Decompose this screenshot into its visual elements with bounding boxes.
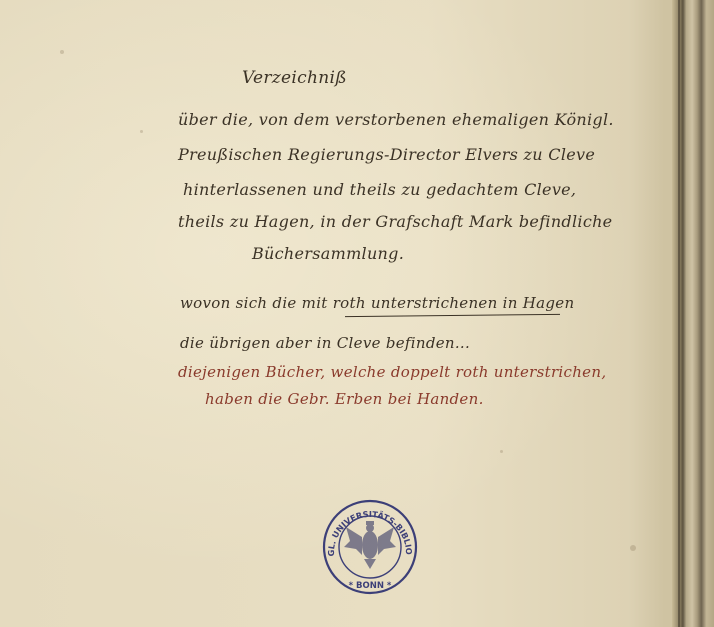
paper-spot (630, 545, 636, 551)
text-line-7: die übrigen aber in Cleve befinden... (180, 334, 470, 352)
eagle-crest-icon: KÖNIGL. UNIVERSITÄTS-BIBLIOTHEK * BONN * (320, 497, 420, 597)
paper-spot (60, 50, 64, 54)
document-title: Verzeichniß (242, 68, 347, 88)
text-line-6: wovon sich die mit roth unterstrichenen … (180, 294, 574, 312)
underline-mark (345, 314, 560, 317)
text-line-4: theils zu Hagen, in der Grafschaft Mark … (178, 212, 612, 231)
binding-line (678, 0, 680, 627)
paper-spot (140, 130, 143, 133)
text-line-3: hinterlassenen und theils zu gedachtem C… (183, 180, 576, 199)
paper-spot (500, 450, 503, 453)
red-text-line-1: diejenigen Bücher, welche doppelt roth u… (178, 363, 606, 381)
svg-text:* BONN *: * BONN * (349, 581, 392, 591)
library-stamp: KÖNIGL. UNIVERSITÄTS-BIBLIOTHEK * BONN * (320, 497, 420, 597)
manuscript-page: Verzeichniß über die, von dem verstorben… (0, 0, 714, 627)
text-line-5: Büchersammlung. (252, 244, 404, 263)
red-text-line-2: haben die Gebr. Erben bei Handen. (205, 390, 484, 408)
text-line-1: über die, von dem verstorbenen ehemalige… (178, 110, 614, 129)
text-line-2: Preußischen Regierungs-Director Elvers z… (178, 145, 595, 164)
